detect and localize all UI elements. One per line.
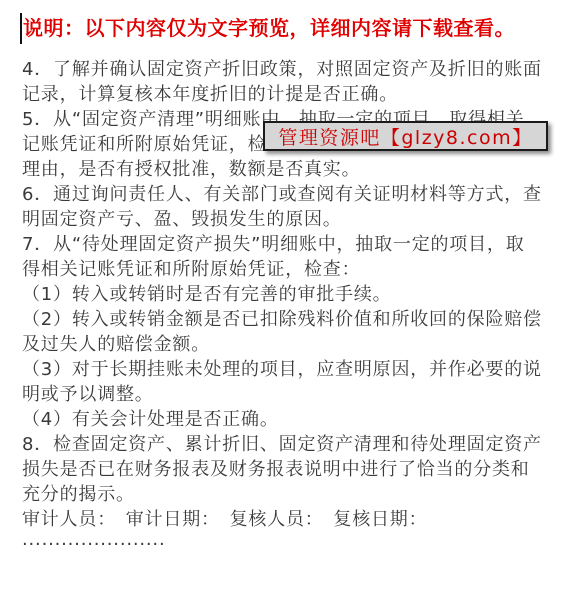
preview-notice: 说明：以下内容仅为文字预览，详细内容请下载查看。 xyxy=(23,13,515,43)
text-line: 理由，是否有授权批准，数额是否真实。 xyxy=(22,157,574,182)
text-line: ······················ xyxy=(22,532,574,557)
text-line: 及过失人的赔偿金额。 xyxy=(22,332,574,357)
text-cursor xyxy=(20,13,22,44)
text-line: 记录，计算复核本年度折旧的计提是否正确。 xyxy=(22,82,574,107)
watermark-stamp: 管理资源吧【glzy8.com】 xyxy=(263,121,548,151)
text-line: 充分的揭示。 xyxy=(22,482,574,507)
text-line: 4．了解并确认固定资产折旧政策，对照固定资产及折旧的账面 xyxy=(22,57,574,82)
text-line: （4）有关会计处理是否正确。 xyxy=(22,407,574,432)
preview-page: 说明：以下内容仅为文字预览，详细内容请下载查看。 4．了解并确认固定资产折旧政策… xyxy=(0,0,578,600)
text-line: 审计人员： 审计日期： 复核人员： 复核日期： xyxy=(22,507,574,532)
text-line: 明固定资产亏、盈、毁损发生的原因。 xyxy=(22,207,574,232)
text-line: （1）转入或转销时是否有完善的审批手续。 xyxy=(22,282,574,307)
text-line: 损失是否已在财务报表及财务报表说明中进行了恰当的分类和 xyxy=(22,457,574,482)
text-line: 8．检查固定资产、累计折旧、固定资产清理和待处理固定资产 xyxy=(22,432,574,457)
text-line: 6．通过询问责任人、有关部门或查阅有关证明材料等方式，查 xyxy=(22,182,574,207)
text-line: 明或予以调整。 xyxy=(22,382,574,407)
text-line: 7．从“待处理固定资产损失”明细账中，抽取一定的项目，取 xyxy=(22,232,574,257)
watermark-text: 管理资源吧【glzy8.com】 xyxy=(278,123,532,150)
text-line: 得相关记账凭证和所附原始凭证，检查： xyxy=(22,257,574,282)
text-line: （3）对于长期挂账未处理的项目，应查明原因，并作必要的说 xyxy=(22,357,574,382)
text-line: （2）转入或转销金额是否已扣除残料价值和所收回的保险赔偿 xyxy=(22,307,574,332)
